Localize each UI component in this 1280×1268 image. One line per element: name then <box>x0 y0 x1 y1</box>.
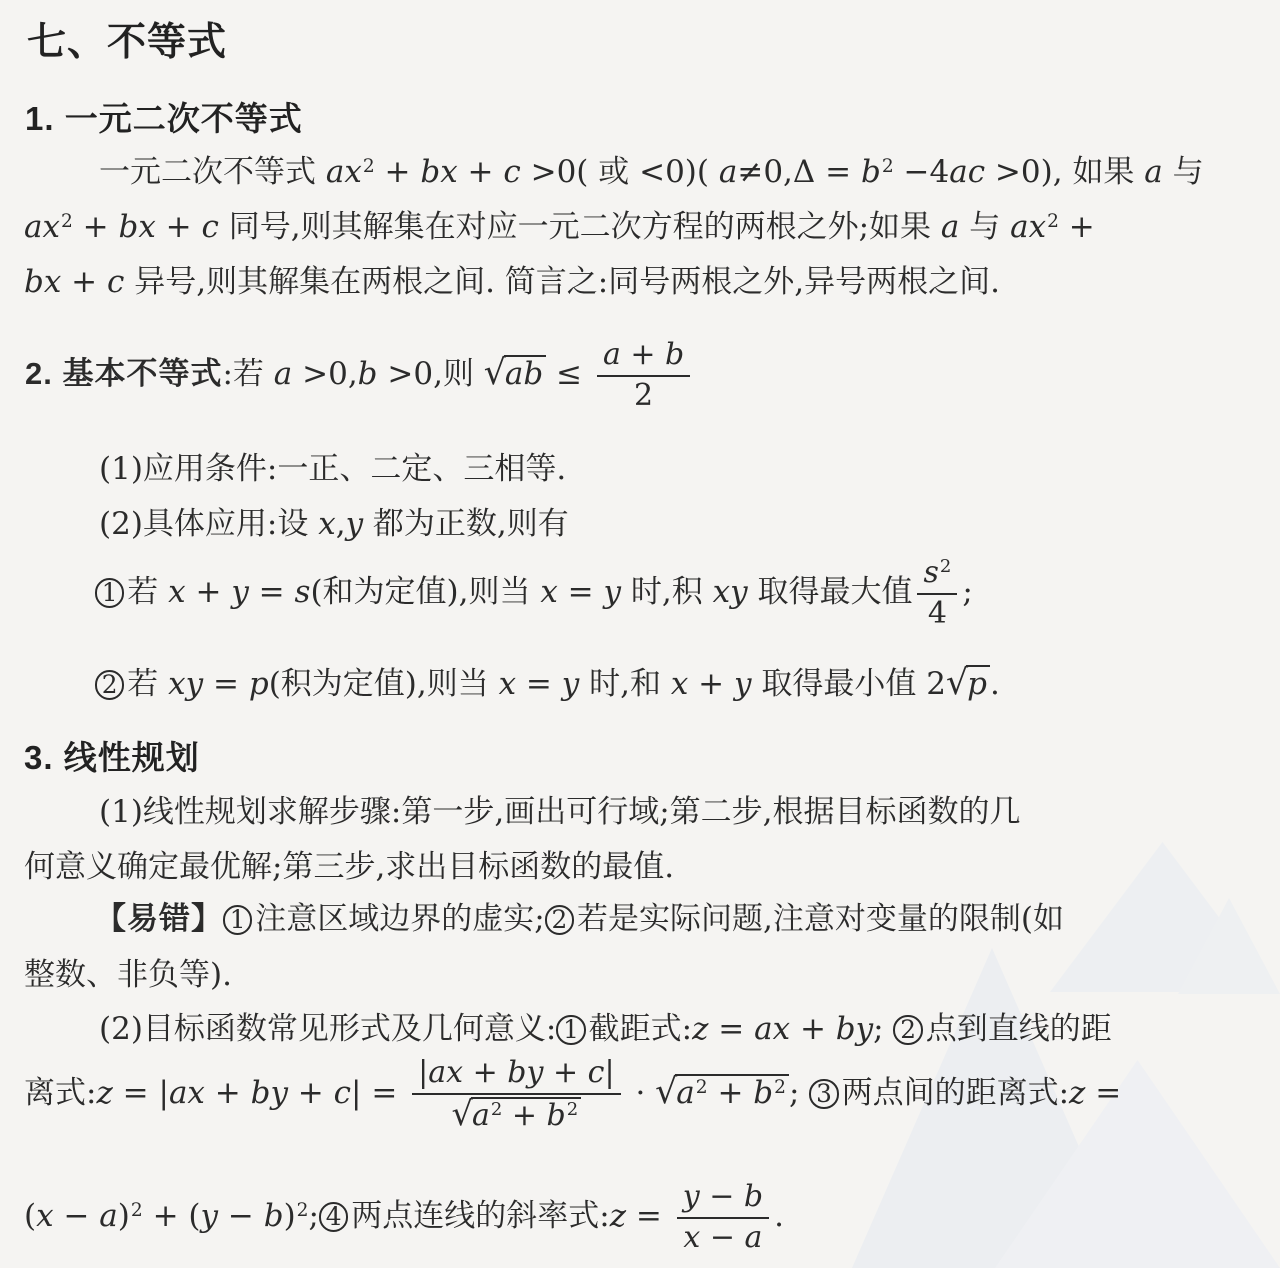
section-2-heading-formula: 2. 基本不等式:若 a >0,b >0,则 √ab ≤ a + b2 <box>25 338 695 413</box>
doc-title: 七、不等式 <box>27 18 227 69</box>
error-prone-note-line-2: 整数、非负等). <box>24 955 232 995</box>
linear-programming-steps-line-1: (1)线性规划求解步骤:第一步,画出可行域;第二步,根据目标函数的几 <box>99 792 1021 832</box>
basic-ineq-application-item: (2)具体应用:设 x,y 都为正数,则有 <box>99 504 569 544</box>
basic-ineq-case-2: 2若 xy = p(积为定值),则当 x = y 时,和 x + y 取得最小值… <box>95 664 1000 704</box>
linear-programming-steps-line-2: 何意义确定最优解;第三步,求出目标函数的最值. <box>24 847 674 887</box>
objective-function-line-2: 离式:z = |ax + by + c| = |ax + by + c|√a2 … <box>24 1056 1121 1133</box>
math-notes-page: 七、不等式 1. 一元二次不等式 一元二次不等式 ax2 + bx + c >0… <box>0 0 1280 1268</box>
basic-ineq-condition-item: (1)应用条件:一正、二定、三相等. <box>99 449 566 489</box>
section-1-heading: 1. 一元二次不等式 <box>25 98 303 141</box>
objective-function-line-1: (2)目标函数常见形式及几何意义:1截距式:z = ax + by; 2点到直线… <box>99 1009 1112 1049</box>
basic-ineq-case-1: 1若 x + y = s(和为定值),则当 x = y 时,积 xy 取得最大值… <box>95 556 973 631</box>
quadratic-paragraph-line-3: bx + c 异号,则其解集在两根之间. 简言之:同号两根之外,异号两根之间. <box>24 262 1000 302</box>
quadratic-paragraph-line-1: 一元二次不等式 ax2 + bx + c >0( 或 <0)( a≠0,Δ = … <box>99 152 1204 192</box>
error-prone-note-line: 【易错】1注意区域边界的虚实;2若是实际问题,注意对变量的限制(如 <box>95 899 1064 939</box>
section-3-heading: 3. 线性规划 <box>24 737 200 780</box>
objective-function-line-3: (x − a)2 + (y − b)2;4两点连线的斜率式:z = y − bx… <box>24 1180 784 1255</box>
quadratic-paragraph-line-2: ax2 + bx + c 同号,则其解集在对应一元二次方程的两根之外;如果 a … <box>24 207 1095 247</box>
